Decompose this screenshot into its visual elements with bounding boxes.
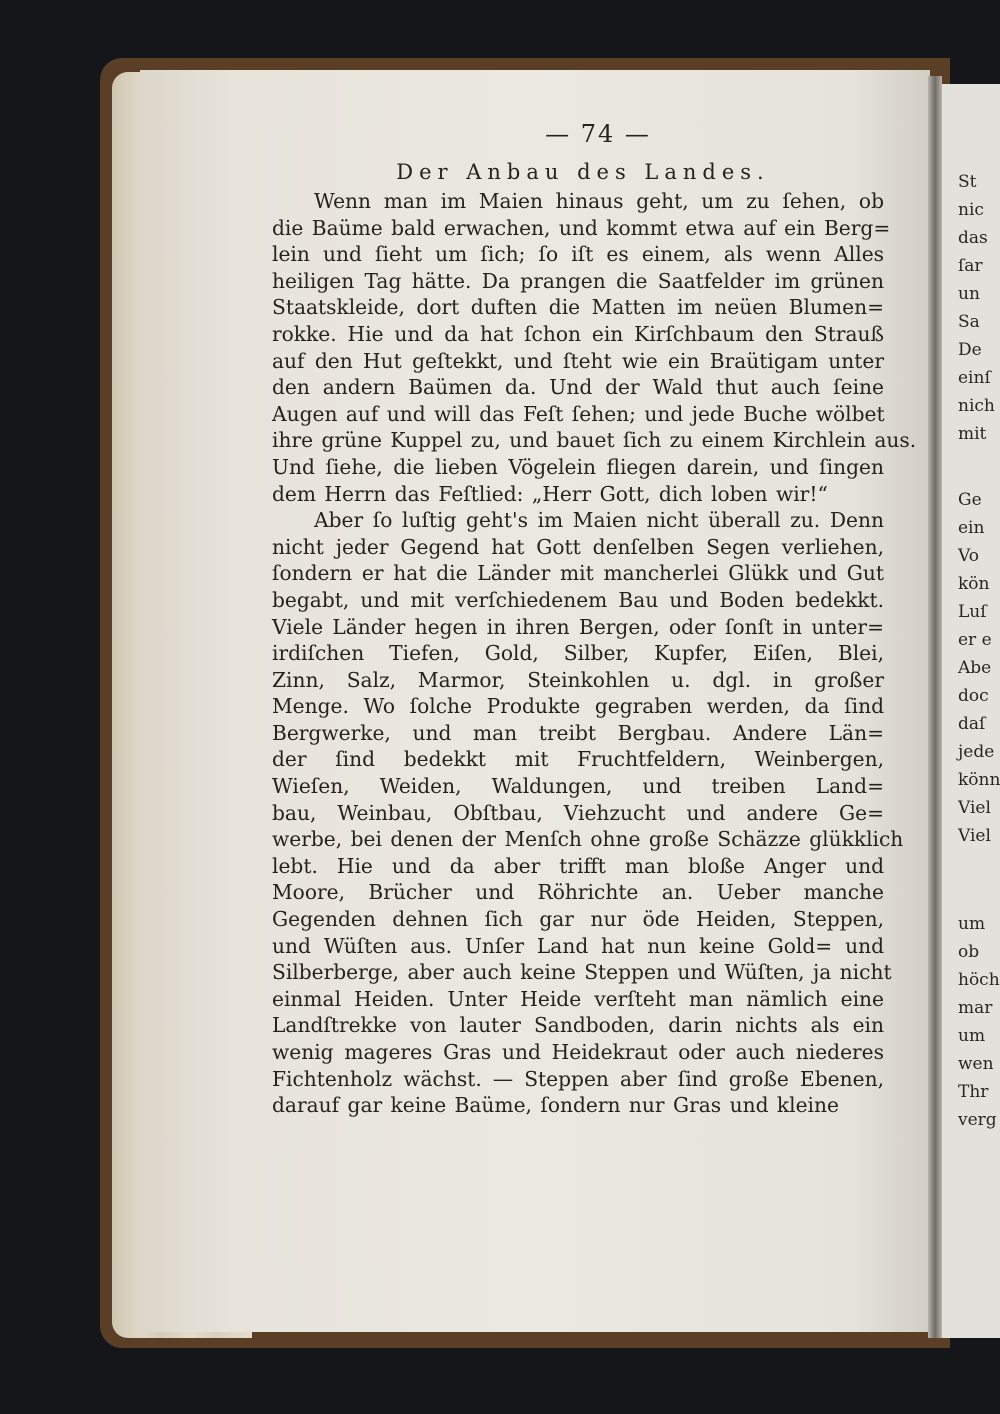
text-line: lein und ſieht um ſich; ſo iſt es einem,… (272, 241, 884, 268)
paragraph: Aber ſo luſtig geht's im Maien nicht übe… (272, 507, 884, 1119)
facing-text-fragment: St (958, 172, 976, 192)
text-line: Staatskleide, dort duften die Matten im … (272, 294, 884, 321)
chapter-title: Der Anbau des Landes. (282, 160, 884, 184)
facing-text-fragment: jede (958, 742, 994, 762)
facing-text-fragment: einſ (958, 368, 991, 388)
text-line: Moore, Brücher und Röhrichte an. Ueber m… (272, 879, 884, 906)
facing-text-fragment: mit (958, 424, 986, 444)
body-text: Wenn man im Maien hinaus geht, um zu ſeh… (272, 188, 884, 1119)
facing-text-fragment: Thr (958, 1082, 988, 1102)
text-line: Fichtenholz wächst. — Steppen aber ſind … (272, 1066, 884, 1093)
facing-text-fragment: doc (958, 686, 989, 706)
text-line: heiligen Tag hätte. Da prangen die Saatf… (272, 268, 884, 295)
facing-text-fragment: wen (958, 1054, 994, 1074)
text-line: begabt, und mit verſchiedenem Bau und Bo… (272, 587, 884, 614)
text-line: Menge. Wo ſolche Produkte gegraben werde… (272, 693, 884, 720)
text-line: Gegenden dehnen ſich gar nur öde Heiden,… (272, 906, 884, 933)
text-line: Landſtrekke von lauter Sandboden, darin … (272, 1012, 884, 1039)
facing-text-fragment: er e (958, 630, 992, 650)
text-line: irdiſchen Tiefen, Gold, Silber, Kupfer, … (272, 640, 884, 667)
text-line: Viele Länder hegen in ihren Bergen, oder… (272, 614, 884, 641)
text-line: rokke. Hie und da hat ſchon ein Kirſchba… (272, 321, 884, 348)
facing-text-fragment: daſ (958, 714, 985, 734)
text-line: und Wüſten aus. Unſer Land hat nun keine… (272, 933, 884, 960)
text-line: der ſind bedekkt mit Fruchtfeldern, Wein… (272, 746, 884, 773)
page-content: — 74 — Der Anbau des Landes. Wenn man im… (272, 120, 884, 1119)
facing-text-fragment: um (958, 1026, 985, 1046)
facing-text-fragment: mar (958, 998, 992, 1018)
facing-text-fragment: könn (958, 770, 1000, 790)
text-line: dem Herrn das Feſtlied: „Herr Gott, dich… (272, 481, 884, 508)
facing-text-fragment: das (958, 228, 988, 248)
facing-text-fragment: Vo (958, 546, 979, 566)
text-line: wenig mageres Gras und Heidekraut oder a… (272, 1039, 884, 1066)
facing-text-fragment: un (958, 284, 980, 304)
facing-text-fragment: ſar (958, 256, 983, 276)
facing-text-fragment: Abe (958, 658, 991, 678)
text-line: werbe, bei denen der Menſch ohne große S… (272, 826, 884, 853)
text-line: die Baüme bald erwachen, und kommt etwa … (272, 215, 884, 242)
facing-text-fragment: Viel (958, 798, 991, 818)
facing-text-fragment: ein (958, 518, 984, 538)
text-line: Silberberge, aber auch keine Steppen und… (272, 959, 884, 986)
text-line: auf den Hut geſtekkt, und ſteht wie ein … (272, 348, 884, 375)
text-line: Zinn, Salz, Marmor, Steinkohlen u. dgl. … (272, 667, 884, 694)
paragraph: Wenn man im Maien hinaus geht, um zu ſeh… (272, 188, 884, 507)
book-gutter (928, 76, 942, 1338)
facing-page: StnicdasſarunSaDeeinſnichmitGeeinVokönLu… (942, 84, 1000, 1338)
text-line: bau, Weinbau, Obſtbau, Viehzucht und and… (272, 800, 884, 827)
text-line: den andern Baümen da. Und der Wald thut … (272, 374, 884, 401)
facing-text-fragment: Ge (958, 490, 982, 510)
facing-text-fragment: ob (958, 942, 979, 962)
text-line: ſondern er hat die Länder mit mancherlei… (272, 560, 884, 587)
text-line: Und ſiehe, die lieben Vögelein fliegen d… (272, 454, 884, 481)
text-line: einmal Heiden. Unter Heide verſteht man … (272, 986, 884, 1013)
facing-text-fragment: höch (958, 970, 1000, 990)
facing-text-fragment: nich (958, 396, 995, 416)
text-line: lebt. Hie und da aber trifft man bloße A… (272, 853, 884, 880)
facing-text-fragment: Viel (958, 826, 991, 846)
facing-text-fragment: verg (958, 1110, 997, 1130)
facing-text-fragment: De (958, 340, 982, 360)
facing-text-fragment: Luſ (958, 602, 987, 622)
text-line: Augen auf und will das Feſt ſehen; und j… (272, 401, 884, 428)
facing-text-fragment: Sa (958, 312, 980, 332)
facing-text-fragment: kön (958, 574, 990, 594)
text-line: Aber ſo luſtig geht's im Maien nicht übe… (272, 507, 884, 534)
text-line: Wenn man im Maien hinaus geht, um zu ſeh… (272, 188, 884, 215)
text-line: Wieſen, Weiden, Waldungen, und treiben L… (272, 773, 884, 800)
facing-text-fragment: nic (958, 200, 984, 220)
facing-text-fragment: um (958, 914, 985, 934)
page-number: — 74 — (312, 120, 884, 148)
text-line: darauf gar keine Baüme, ſondern nur Gras… (272, 1092, 884, 1119)
text-line: ihre grüne Kuppel zu, und bauet ſich zu … (272, 427, 884, 454)
text-line: nicht jeder Gegend hat Gott denſelben Se… (272, 534, 884, 561)
text-line: Bergwerke, und man treibt Bergbau. Ander… (272, 720, 884, 747)
